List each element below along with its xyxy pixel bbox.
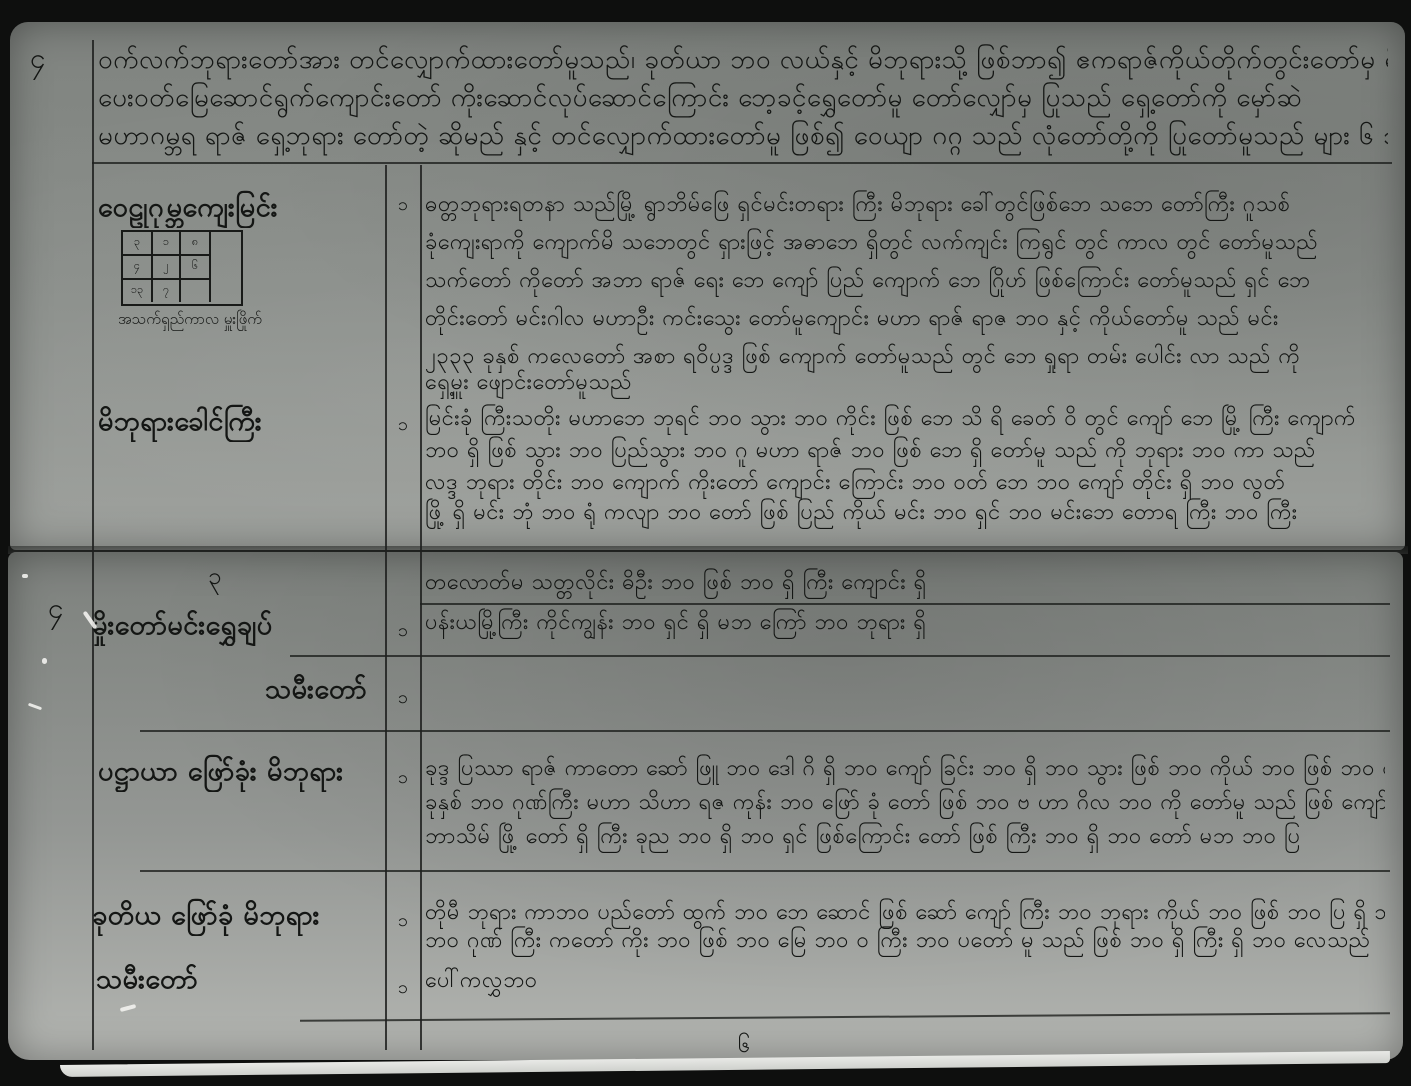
row-label: သမီးတော် (96, 960, 296, 1000)
grid-cell: ၆ (181, 256, 211, 280)
row-text-line: ပေါ်ကလွှဘဝ (425, 962, 625, 1000)
grid-cell: ၄ (123, 256, 153, 280)
row-text-line: ရှေ့မှူး ဖျောင်းတော်မူသည် (425, 364, 1385, 402)
header-line: မဟာဂမ္ဘရ ရာဇ် ရှေ့ဘုရား တော်တဲ့ ဆိုမည် န… (98, 114, 1388, 158)
sub-mark: ၃ (208, 560, 222, 596)
grid-cell: ၂ (153, 256, 181, 280)
row-count: ၁ (398, 908, 408, 935)
row-text-line: ခုံကျေးရာကို ကျောက်မိ သဘေတွင် ရှားဖြင့် … (425, 224, 1385, 262)
row-label: ပဋ္ဌာယာ ဖြော်ခုံး မိဘုရား (98, 752, 378, 792)
grid-cell: ၇ (153, 280, 181, 302)
page-mark: ၄ (30, 40, 46, 82)
row-text-line: ဘာသိမ် ဖြို့ တော် ရှိ ကြီး ခုည ဘဝ ရှိ ဘဝ… (425, 818, 1385, 856)
grid-cell (181, 280, 211, 302)
row-label: ခုတိယ ဖြော်ခုံ မိဘုရား (92, 896, 382, 936)
row-label: မှိုးတော်မင်းရွှေချပ် (92, 606, 382, 646)
grid-cell: ၈ (181, 232, 211, 256)
row-count: ၁ (398, 765, 408, 792)
row-text-line: ဘဝ ဂုဏ် ကြီး ကတော် ကိုး ဘဝ ဖြစ် ဘဝ မြေ ဘ… (425, 922, 1385, 960)
row-text-line: တလောတ်မ သတ္တလိုင်း ဓိဦး ဘဝ ဖြစ် ဘဝ ရှိ က… (425, 564, 925, 602)
paper-damage (22, 574, 28, 578)
row-count: ၁ (398, 412, 408, 439)
diagram-caption: အသက်ရှည်ကာလ မှူးဖြိုက် (118, 310, 262, 332)
paper-damage (42, 658, 47, 664)
grid-cell: ၁၃ (123, 280, 153, 302)
row-count: ၁ (398, 975, 408, 1002)
row-label: မိဘုရားခေါင်ကြီး (98, 402, 378, 442)
grid-cell: ၁ (153, 232, 181, 256)
row-text-line: ခုဒ္ဒ ပြဿာ ရာဇ် ကာတော ဆော် ဖြူ ဘဝ ဒေါ ဂိ… (425, 750, 1385, 788)
row-label: သမီးတော် (265, 670, 385, 710)
row-text-line: ဓတ္တဘုရားရတနာ သည်မြို့ ရွာဘိမ်ဖြေ ရှင်မင… (425, 186, 1385, 224)
row-rule (140, 870, 1390, 872)
astrological-grid-diagram: ၃ ၁ ၈ ၄ ၂ ၆ ၁၃ ၇ (121, 230, 243, 306)
grid-cell: ၃ (123, 232, 153, 256)
row-text-line: ခုနှစ် ဘဝ ဂုဏ်ကြီး မဟာ သိဟာ ရဇ ကုန်း ဘဝ … (425, 784, 1385, 822)
row-text-line: သက်တော် ကိုတော် အဘာ ရာဇ် ရေး ဘေ ကျော် ပြ… (425, 262, 1385, 300)
row-text-line: တိုင်းတော် မင်းဂါလ မဟာဦး ကင်းသွေး တော်မူ… (425, 300, 1385, 338)
row-rule (140, 730, 1390, 732)
text-column-rule (420, 165, 422, 1050)
row-label: ဝေဠုဂုမ္ဘကျေးမြင်း (98, 188, 378, 228)
count-column-rule (385, 165, 387, 1050)
row-rule (290, 655, 1390, 657)
row-text-line: ဖြို့ ရှိ မင်း ဘုံ ဘဝ ရုံ ကလျာ ဘဝ တော် ဖ… (425, 494, 1385, 532)
row-count: ၁ (398, 685, 408, 712)
header-rule (92, 162, 1392, 164)
row-text-line: ပန်းယမြို့ကြီး ကိုင်ကျွန်း ဘဝ ရှင် ရှိ မ… (425, 604, 925, 642)
row-count: ၁ (398, 192, 408, 219)
page-mark: ၄ (48, 590, 64, 632)
row-count: ၁ (398, 618, 408, 645)
footer-mark: ၆ (738, 1030, 750, 1063)
